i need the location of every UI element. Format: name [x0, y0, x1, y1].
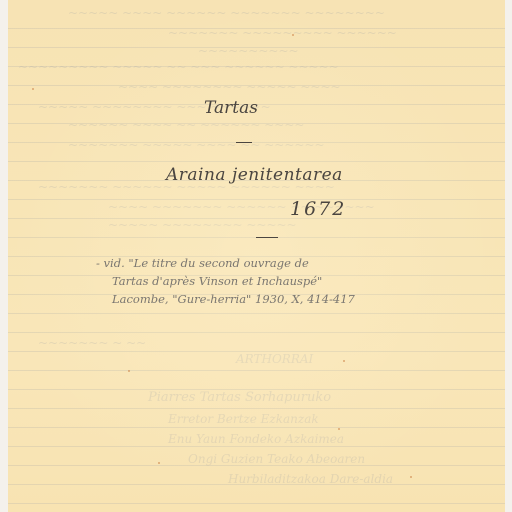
year-underline — [256, 237, 278, 238]
bleed-through-line: ~~~~~~ ~~~~ ~~ ~~~~~~ ~~~~ — [68, 118, 304, 132]
bleed-through-line: ~~~~~ ~~~~ ~~~~~~ ~~~~~~~ ~~~~~~~~ — [68, 6, 385, 20]
stain-spot — [338, 428, 340, 430]
bleed-through-line: ARTHORRAI — [236, 352, 313, 366]
bleed-through-line: Ongi Guzien Teako Abeoaren — [188, 452, 365, 466]
pencil-note-line-1: - vid. "Le titre du second ouvrage de — [96, 256, 309, 270]
stain-spot — [410, 476, 412, 478]
bleed-through-line: Piarres Tartas Sorhapuruko — [148, 390, 331, 405]
bleed-through-line: Enu Yaun Fondeko Azkaimea — [168, 432, 344, 446]
bleed-through-line: ~~~~~ ~~~~~~~~ ~~~~~ — [108, 218, 297, 232]
stain-spot — [128, 370, 130, 372]
bleed-through-line: Erretor Bertze Ezkanzak — [168, 412, 319, 426]
stain-spot — [158, 462, 160, 464]
document-subtitle: Araina jenitentarea — [166, 165, 343, 185]
bleed-through-line: ~~~~~~~~~~ — [198, 44, 299, 58]
bleed-through-line: ~~~~ ~~~~~~~~ ~~~~~ ~~~~ — [118, 80, 341, 94]
manuscript-page: ~~~~~ ~~~~ ~~~~~~ ~~~~~~~ ~~~~~~~~ ~~~~~… — [8, 0, 505, 512]
bleed-through-line: Hurbiladitzakoa Dare-aldia — [228, 472, 393, 486]
bleed-through-line: ~~~~~~~~~ ~~~~~ ~~ ~~~ ~~~~~~ ~~~~~ — [18, 60, 339, 74]
pencil-note-line-2: Tartas d'après Vinson et Inchauspé" — [112, 274, 322, 288]
stain-spot — [343, 360, 345, 362]
title-underline — [236, 142, 252, 143]
bleed-through-line: ~~~~~~~ ~~~~~ ~~~~ ~~ ~~~~~~ — [68, 138, 325, 152]
stain-spot — [292, 34, 294, 36]
bleed-through-line: ~~~~~~~ ~ ~~ — [38, 336, 146, 350]
pencil-note-line-3: Lacombe, "Gure-herria" 1930, X, 414-417 — [112, 292, 355, 306]
stain-spot — [32, 88, 34, 90]
bleed-through-line: ~~~~~~~ ~~~~~~~~~ ~~~~~~ — [168, 26, 397, 40]
document-title: Tartas — [204, 98, 258, 118]
document-year: 1672 — [290, 198, 346, 220]
